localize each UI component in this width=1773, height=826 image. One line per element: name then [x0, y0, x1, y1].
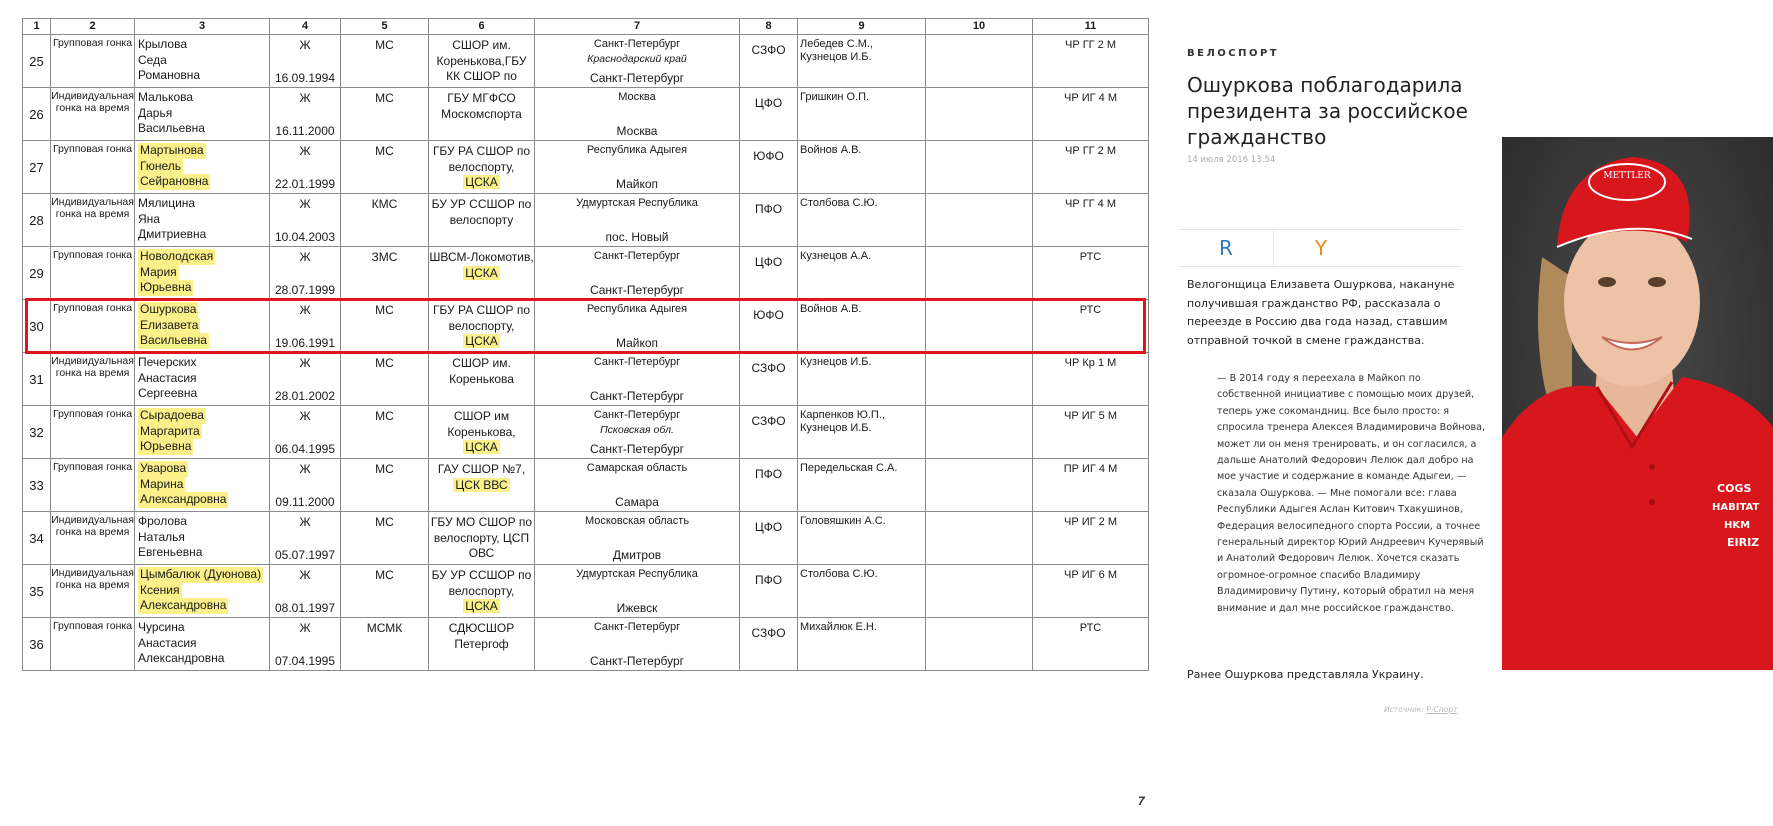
region: Удмуртская РеспубликаИжевск — [535, 565, 740, 618]
org-text: ГБУ МГФСО Москомспорта — [441, 91, 522, 121]
table-row: 33Групповая гонкаУвароваМаринаАлександро… — [23, 459, 1149, 512]
federal-district: СЗФО — [740, 406, 798, 459]
federal-district: ЮФО — [740, 300, 798, 353]
fio-line: Седа — [138, 53, 167, 69]
sex-dob: Ж10.04.2003 — [270, 194, 341, 247]
category: РТС — [1033, 247, 1149, 300]
discipline: Индивидуальная гонка на время — [51, 353, 135, 406]
org-highlight: ЦСКА — [463, 599, 500, 613]
date-of-birth: 22.01.1999 — [270, 177, 340, 191]
fio-line: Александровна — [138, 492, 228, 508]
region-secondary: Краснодарский край — [535, 52, 739, 67]
date-of-birth: 09.11.2000 — [270, 495, 340, 509]
federal-district: СЗФО — [740, 353, 798, 406]
discipline: Индивидуальная гонка на время — [51, 194, 135, 247]
organization: ШВСМ-Локомотив, ЦСКА — [429, 247, 535, 300]
category: ЧР ИГ 5 М — [1033, 406, 1149, 459]
row-number: 31 — [23, 353, 51, 406]
athletes-table: 1234567891011 25Групповая гонкаКрыловаСе… — [22, 18, 1149, 671]
sex: Ж — [270, 91, 340, 105]
r-icon: R — [1219, 236, 1233, 260]
city: Москва — [535, 124, 739, 139]
source-line: Источник: Р-Спорт — [1384, 705, 1457, 714]
column-10 — [926, 353, 1033, 406]
region-primary: Удмуртская Республика — [576, 568, 698, 580]
column-10 — [926, 406, 1033, 459]
category: ЧР ГГ 4 М — [1033, 194, 1149, 247]
fio-line: Сырадоева — [138, 408, 206, 424]
fio-line: Евгеньевна — [138, 545, 202, 561]
date-of-birth: 06.04.1995 — [270, 442, 340, 456]
fio-line: Яна — [138, 212, 160, 228]
row-number: 27 — [23, 141, 51, 194]
athlete-name: ЧурсинаАнастасияАлександровна — [135, 618, 270, 671]
sex: Ж — [270, 38, 340, 52]
source-link[interactable]: Р-Спорт — [1426, 705, 1457, 714]
column-header: 1 — [23, 19, 51, 35]
fio-line: Дмитриевна — [138, 227, 206, 243]
column-10 — [926, 565, 1033, 618]
fio-line: Александровна — [138, 651, 224, 667]
share-bar: R Y — [1179, 229, 1462, 267]
column-10 — [926, 512, 1033, 565]
table-row: 34Индивидуальная гонка на времяФроловаНа… — [23, 512, 1149, 565]
share-button-r[interactable]: R — [1179, 230, 1273, 266]
region-primary: Санкт-Петербург — [594, 621, 680, 633]
fio-line: Елизавета — [138, 318, 200, 334]
city: Майкоп — [535, 177, 739, 192]
region-primary: Санкт-Петербург — [594, 38, 680, 50]
row-number: 26 — [23, 88, 51, 141]
fio-line: Мялицина — [138, 196, 195, 212]
sex-dob: Ж28.01.2002 — [270, 353, 341, 406]
svg-text:COGS: COGS — [1717, 482, 1751, 495]
category: РТС — [1033, 618, 1149, 671]
column-10 — [926, 35, 1033, 88]
coach: Карпенков Ю.П., Кузнецов И.Б. — [798, 406, 926, 459]
city: Санкт-Петербург — [535, 283, 739, 298]
discipline: Групповая гонка — [51, 459, 135, 512]
org-text: БУ УР ССШОР по велоспорту — [432, 197, 532, 227]
organization: ГБУ МО СШОР по велоспорту, ЦСП ОВС — [429, 512, 535, 565]
article-headline: Ошуркова поблагодарила президента за рос… — [1187, 72, 1477, 150]
region: Санкт-ПетербургСанкт-Петербург — [535, 618, 740, 671]
category: ЧР Кр 1 М — [1033, 353, 1149, 406]
table-row: 31Индивидуальная гонка на времяПечерских… — [23, 353, 1149, 406]
athlete-name: МальковаДарьяВасильевна — [135, 88, 270, 141]
rank: КМС — [341, 194, 429, 247]
date-of-birth: 28.07.1999 — [270, 283, 340, 297]
column-header: 8 — [740, 19, 798, 35]
city: Самара — [535, 495, 739, 510]
discipline: Групповая гонка — [51, 618, 135, 671]
region: Удмуртская Республикапос. Новый — [535, 194, 740, 247]
organization: БУ УР ССШОР по велоспорту, ЦСКА — [429, 565, 535, 618]
row-number: 25 — [23, 35, 51, 88]
city: Ижевск — [535, 601, 739, 616]
fio-line: Чурсина — [138, 620, 185, 636]
federal-district: ЮФО — [740, 141, 798, 194]
fio-line: Марина — [138, 477, 185, 493]
org-highlight: ЦСКА — [463, 334, 500, 348]
sex-dob: Ж06.04.1995 — [270, 406, 341, 459]
row-number: 28 — [23, 194, 51, 247]
sex: Ж — [270, 409, 340, 423]
org-highlight: ЦСКА — [463, 440, 500, 454]
date-of-birth: 05.07.1997 — [270, 548, 340, 562]
rank: МС — [341, 141, 429, 194]
region: МоскваМосква — [535, 88, 740, 141]
source-label: Источник: — [1384, 705, 1424, 714]
region: Самарская областьСамара — [535, 459, 740, 512]
city: Санкт-Петербург — [535, 442, 739, 457]
coach: Михайлюк Е.Н. — [798, 618, 926, 671]
fio-line: Анастасия — [138, 636, 197, 652]
table-row: 25Групповая гонкаКрыловаСедаРомановнаЖ16… — [23, 35, 1149, 88]
rank: МС — [341, 88, 429, 141]
organization: СШОР им Коренькова, ЦСКА — [429, 406, 535, 459]
org-text: ГБУ РА СШОР по велоспорту, — [433, 144, 530, 174]
article-quote: — В 2014 году я переехала в Майкоп по со… — [1217, 371, 1487, 617]
region-primary: Республика Адыгея — [587, 144, 687, 156]
discipline: Групповая гонка — [51, 35, 135, 88]
column-header: 7 — [535, 19, 740, 35]
coach: Гришкин О.П. — [798, 88, 926, 141]
region-primary: Санкт-Петербург — [594, 409, 680, 421]
sex: Ж — [270, 621, 340, 635]
date-of-birth: 10.04.2003 — [270, 230, 340, 244]
region-primary: Санкт-Петербург — [594, 356, 680, 368]
federal-district: ПФО — [740, 194, 798, 247]
org-text: ГБУ МО СШОР по велоспорту, ЦСП ОВС — [431, 515, 532, 560]
fio-line: Гюнель — [138, 159, 183, 175]
region-primary: Самарская область — [587, 462, 687, 474]
column-10 — [926, 459, 1033, 512]
rank: МС — [341, 565, 429, 618]
table-body: 25Групповая гонкаКрыловаСедаРомановнаЖ16… — [23, 35, 1149, 671]
org-text: БУ УР ССШОР по велоспорту, — [432, 568, 532, 598]
sex: Ж — [270, 568, 340, 582]
region: Республика АдыгеяМайкоп — [535, 300, 740, 353]
sex: Ж — [270, 356, 340, 370]
fio-line: Ксения — [138, 583, 182, 599]
fio-line: Васильевна — [138, 333, 209, 349]
organization: ГБУ МГФСО Москомспорта — [429, 88, 535, 141]
org-text: ГАУ СШОР №7, — [438, 462, 525, 476]
row-number: 32 — [23, 406, 51, 459]
athlete-name: МартыноваГюнельСейрановна — [135, 141, 270, 194]
row-number: 35 — [23, 565, 51, 618]
athlete-name: ОшурковаЕлизаветаВасильевна — [135, 300, 270, 353]
column-10 — [926, 194, 1033, 247]
coach: Кузнецов И.Б. — [798, 353, 926, 406]
fio-line: Цымбалюк (Дуюнова) — [138, 567, 263, 583]
category: ЧР ГГ 2 М — [1033, 35, 1149, 88]
sex-dob: Ж16.09.1994 — [270, 35, 341, 88]
table-row: 30Групповая гонкаОшурковаЕлизаветаВасиль… — [23, 300, 1149, 353]
table-row: 35Индивидуальная гонка на времяЦымбалюк … — [23, 565, 1149, 618]
sex-dob: Ж16.11.2000 — [270, 88, 341, 141]
region-primary: Удмуртская Республика — [576, 197, 698, 209]
athlete-name: МялицинаЯнаДмитриевна — [135, 194, 270, 247]
fio-line: Фролова — [138, 514, 187, 530]
org-highlight: ЦСК ВВС — [453, 478, 509, 492]
athlete-name: УвароваМаринаАлександровна — [135, 459, 270, 512]
region-primary: Москва — [618, 91, 656, 103]
column-10 — [926, 300, 1033, 353]
sex: Ж — [270, 303, 340, 317]
table-row: 36Групповая гонкаЧурсинаАнастасияАлексан… — [23, 618, 1149, 671]
region-primary: Санкт-Петербург — [594, 250, 680, 262]
fio-line: Маргарита — [138, 424, 202, 440]
coach: Лебедев С.М., Кузнецов И.Б. — [798, 35, 926, 88]
federal-district: ЦФО — [740, 247, 798, 300]
region: Санкт-ПетербургСанкт-Петербург — [535, 353, 740, 406]
coach: Передельская С.А. — [798, 459, 926, 512]
rank: ЗМС — [341, 247, 429, 300]
row-number: 34 — [23, 512, 51, 565]
region: Санкт-ПетербургКраснодарский крайСанкт-П… — [535, 35, 740, 88]
region-secondary: Псковская обл. — [535, 423, 739, 438]
federal-district: СЗФО — [740, 35, 798, 88]
region: Московская областьДмитров — [535, 512, 740, 565]
federal-district: ЦФО — [740, 88, 798, 141]
category: ЧР ИГ 4 М — [1033, 88, 1149, 141]
athlete-name: НоволодскаяМарияЮрьевна — [135, 247, 270, 300]
fio-line: Сейрановна — [138, 174, 210, 190]
athlete-name: СырадоеваМаргаритаЮрьевна — [135, 406, 270, 459]
sex: Ж — [270, 462, 340, 476]
column-10 — [926, 247, 1033, 300]
org-highlight: ЦСКА — [463, 266, 500, 280]
category: РТС — [1033, 300, 1149, 353]
org-text: СШОР им. Коренькова — [449, 356, 514, 386]
rank: МСМК — [341, 618, 429, 671]
page-number: 7 — [1138, 794, 1145, 808]
sex: Ж — [270, 250, 340, 264]
discipline: Индивидуальная гонка на время — [51, 565, 135, 618]
date-of-birth: 07.04.1995 — [270, 654, 340, 668]
organization: БУ УР ССШОР по велоспорту — [429, 194, 535, 247]
rank: МС — [341, 35, 429, 88]
city: Санкт-Петербург — [535, 654, 739, 669]
portrait-image: METTLER COGS HABITAT HKM EIRIZ — [1502, 137, 1773, 670]
category: ЧР ГГ 2 М — [1033, 141, 1149, 194]
svg-text:METTLER: METTLER — [1603, 171, 1651, 181]
sex-dob: Ж22.01.1999 — [270, 141, 341, 194]
date-of-birth: 08.01.1997 — [270, 601, 340, 615]
fio-line: Крылова — [138, 37, 187, 53]
discipline: Групповая гонка — [51, 141, 135, 194]
column-10 — [926, 618, 1033, 671]
category: ЧР ИГ 6 М — [1033, 565, 1149, 618]
fio-line: Мартынова — [138, 143, 206, 159]
sex-dob: Ж09.11.2000 — [270, 459, 341, 512]
org-text: ШВСМ-Локомотив, — [429, 250, 533, 264]
athlete-name: ПечерскихАнастасияСергеевна — [135, 353, 270, 406]
sex-dob: Ж07.04.1995 — [270, 618, 341, 671]
rank: МС — [341, 300, 429, 353]
column-header: 2 — [51, 19, 135, 35]
row-number: 29 — [23, 247, 51, 300]
organization: СДЮСШОР Петергоф — [429, 618, 535, 671]
discipline: Групповая гонка — [51, 406, 135, 459]
y-icon: Y — [1315, 236, 1327, 260]
fio-line: Васильевна — [138, 121, 205, 137]
region-primary: Республика Адыгея — [587, 303, 687, 315]
date-of-birth: 16.09.1994 — [270, 71, 340, 85]
article-outro: Ранее Ошуркова представляла Украину. — [1187, 668, 1423, 681]
date-of-birth: 19.06.1991 — [270, 336, 340, 350]
region: Санкт-ПетербургСанкт-Петербург — [535, 247, 740, 300]
federal-district: ПФО — [740, 459, 798, 512]
table-row: 29Групповая гонкаНоволодскаяМарияЮрьевна… — [23, 247, 1149, 300]
org-highlight: ЦСКА — [463, 175, 500, 189]
row-number: 33 — [23, 459, 51, 512]
fio-line: Сергеевна — [138, 386, 197, 402]
column-10 — [926, 141, 1033, 194]
rank: МС — [341, 459, 429, 512]
fio-line: Новолодская — [138, 249, 215, 265]
article: ВЕЛОСПОРТ Ошуркова поблагодарила президе… — [1187, 48, 1477, 165]
athlete-name: Цымбалюк (Дуюнова)КсенияАлександровна — [135, 565, 270, 618]
organization: СШОР им. Коренькова — [429, 353, 535, 406]
org-text: СДЮСШОР Петергоф — [449, 621, 515, 651]
fio-line: Романовна — [138, 68, 200, 84]
rank: МС — [341, 512, 429, 565]
share-button-y[interactable]: Y — [1273, 230, 1368, 266]
athlete-name: ФроловаНатальяЕвгеньевна — [135, 512, 270, 565]
coach: Кузнецов А.А. — [798, 247, 926, 300]
org-text: СШОР им. Коренькова,ГБУ КК СШОР по — [437, 38, 527, 83]
rank: МС — [341, 406, 429, 459]
federal-district: ПФО — [740, 565, 798, 618]
fio-line: Александровна — [138, 598, 228, 614]
discipline: Групповая гонка — [51, 247, 135, 300]
fio-line: Анастасия — [138, 371, 197, 387]
table-row: 26Индивидуальная гонка на времяМальковаД… — [23, 88, 1149, 141]
coach: Войнов А.В. — [798, 300, 926, 353]
fio-line: Ошуркова — [138, 302, 198, 318]
city: Майкоп — [535, 336, 739, 351]
city: Санкт-Петербург — [535, 71, 739, 86]
table-row: 27Групповая гонкаМартыноваГюнельСейранов… — [23, 141, 1149, 194]
org-text: СШОР им Коренькова, — [447, 409, 515, 439]
sex: Ж — [270, 515, 340, 529]
athlete-name: КрыловаСедаРомановна — [135, 35, 270, 88]
article-lead: Велогонщица Елизавета Ошуркова, накануне… — [1187, 276, 1477, 350]
city: Дмитров — [535, 548, 739, 563]
column-header: 11 — [1033, 19, 1149, 35]
fio-line: Юрьевна — [138, 439, 193, 455]
city: Санкт-Петербург — [535, 389, 739, 404]
category: ПР ИГ 4 М — [1033, 459, 1149, 512]
column-10 — [926, 88, 1033, 141]
coach: Войнов А.В. — [798, 141, 926, 194]
discipline: Групповая гонка — [51, 300, 135, 353]
column-header: 6 — [429, 19, 535, 35]
fio-line: Юрьевна — [138, 280, 193, 296]
org-text: ГБУ РА СШОР по велоспорту, — [433, 303, 530, 333]
sex-dob: Ж08.01.1997 — [270, 565, 341, 618]
publish-date: 14 июля 2016 13:54 — [1187, 155, 1477, 165]
federal-district: СЗФО — [740, 618, 798, 671]
city: пос. Новый — [535, 230, 739, 245]
region: Республика АдыгеяМайкоп — [535, 141, 740, 194]
fio-line: Печерских — [138, 355, 196, 371]
sex: Ж — [270, 144, 340, 158]
table-header-row: 1234567891011 — [23, 19, 1149, 35]
organization: ГБУ РА СШОР по велоспорту, ЦСКА — [429, 300, 535, 353]
athlete-photo: METTLER COGS HABITAT HKM EIRIZ — [1502, 137, 1773, 670]
federal-district: ЦФО — [740, 512, 798, 565]
discipline: Индивидуальная гонка на время — [51, 512, 135, 565]
row-number: 30 — [23, 300, 51, 353]
discipline: Индивидуальная гонка на время — [51, 88, 135, 141]
sex-dob: Ж19.06.1991 — [270, 300, 341, 353]
column-header: 5 — [341, 19, 429, 35]
coach: Головяшкин А.С. — [798, 512, 926, 565]
fio-line: Мария — [138, 265, 179, 281]
sex: Ж — [270, 197, 340, 211]
sex-dob: Ж28.07.1999 — [270, 247, 341, 300]
fio-line: Малькова — [138, 90, 193, 106]
coach: Столбова С.Ю. — [798, 565, 926, 618]
sex-dob: Ж05.07.1997 — [270, 512, 341, 565]
column-header: 9 — [798, 19, 926, 35]
organization: ГАУ СШОР №7, ЦСК ВВС — [429, 459, 535, 512]
region: Санкт-ПетербургПсковская обл.Санкт-Петер… — [535, 406, 740, 459]
fio-line: Уварова — [138, 461, 188, 477]
region-primary: Московская область — [585, 515, 689, 527]
coach: Столбова С.Ю. — [798, 194, 926, 247]
organization: СШОР им. Коренькова,ГБУ КК СШОР по — [429, 35, 535, 88]
column-header: 10 — [926, 19, 1033, 35]
svg-text:HKM: HKM — [1724, 520, 1750, 531]
date-of-birth: 28.01.2002 — [270, 389, 340, 403]
rank: МС — [341, 353, 429, 406]
rubric-label[interactable]: ВЕЛОСПОРТ — [1187, 48, 1477, 59]
organization: ГБУ РА СШОР по велоспорту, ЦСКА — [429, 141, 535, 194]
svg-text:HABITAT: HABITAT — [1712, 502, 1759, 513]
row-number: 36 — [23, 618, 51, 671]
fio-line: Наталья — [138, 530, 185, 546]
column-header: 3 — [135, 19, 270, 35]
category: ЧР ИГ 2 М — [1033, 512, 1149, 565]
svg-text:EIRIZ: EIRIZ — [1727, 536, 1759, 549]
fio-line: Дарья — [138, 106, 172, 122]
date-of-birth: 16.11.2000 — [270, 124, 340, 138]
table-row: 28Индивидуальная гонка на времяМялицинаЯ… — [23, 194, 1149, 247]
table-row: 32Групповая гонкаСырадоеваМаргаритаЮрьев… — [23, 406, 1149, 459]
column-header: 4 — [270, 19, 341, 35]
